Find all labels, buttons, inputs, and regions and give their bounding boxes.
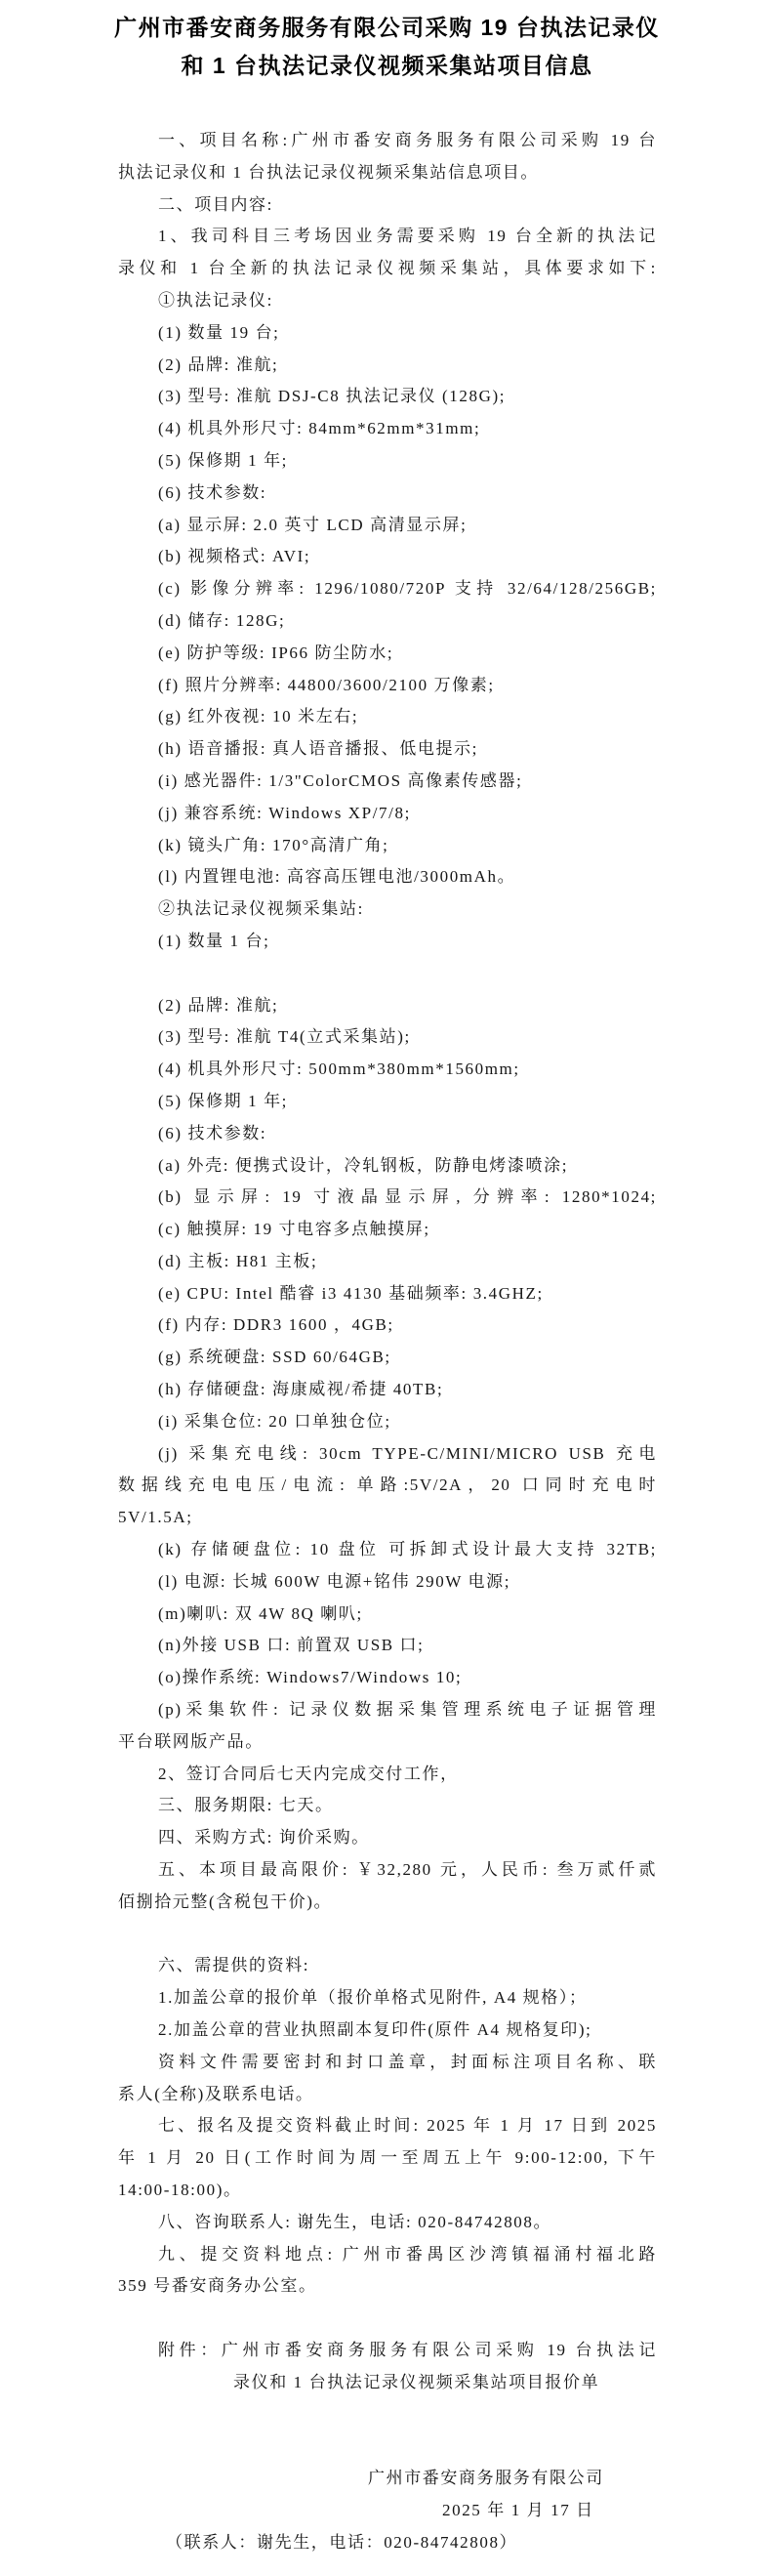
doc-line: (1) 数量 19 台; — [118, 317, 657, 350]
doc-line: 资料文件需要密封和封口盖章，封面标注项目名称、联 — [118, 2047, 657, 2079]
doc-line: (a) 显示屏: 2.0 英寸 LCD 高清显示屏; — [118, 510, 657, 542]
doc-line: 一、项目名称:广州市番安商务服务有限公司采购 19 台 — [118, 125, 657, 157]
doc-line: (l) 电源: 长城 600W 电源+铭伟 290W 电源; — [118, 1566, 657, 1599]
doc-line: (c) 触摸屏: 19 寸电容多点触摸屏; — [118, 1214, 657, 1246]
document-lines: 一、项目名称:广州市番安商务服务有限公司采购 19 台执法记录仪和 1 台执法记… — [118, 125, 657, 2559]
doc-line: 5V/1.5A; — [118, 1502, 657, 1534]
doc-line: (4) 机具外形尺寸: 84mm*62mm*31mm; — [118, 413, 657, 445]
doc-line: 执法记录仪和 1 台执法记录仪视频采集站信息项目。 — [118, 157, 657, 189]
doc-line: (3) 型号: 准航 DSJ-C8 执法记录仪 (128G); — [118, 381, 657, 413]
doc-line: (h) 存储硬盘: 海康威视/希捷 40TB; — [118, 1374, 657, 1406]
doc-line — [118, 2431, 657, 2463]
doc-line: (d) 储存: 128G; — [118, 605, 657, 638]
doc-line: (3) 型号: 准航 T4(立式采集站); — [118, 1021, 657, 1054]
doc-line: (p)采集软件: 记录仪数据采集管理系统电子证据管理 — [118, 1694, 657, 1726]
doc-line: (i) 感光器件: 1/3"ColorCMOS 高像素传感器; — [118, 766, 657, 798]
document-title-line-2: 和 1 台执法记录仪视频采集站项目信息 — [0, 47, 774, 85]
doc-line: (6) 技术参数: — [118, 1118, 657, 1150]
doc-line: (b) 视频格式: AVI; — [118, 541, 657, 573]
doc-line: 录仪和 1 台执法记录仪视频采集站项目报价单 — [118, 2367, 657, 2399]
doc-line — [118, 2399, 657, 2431]
doc-line: 广州市番安商务服务有限公司 — [118, 2463, 657, 2495]
doc-line: (g) 红外夜视: 10 米左右; — [118, 701, 657, 733]
doc-line: (f) 照片分辨率: 44800/3600/2100 万像素; — [118, 670, 657, 702]
doc-line: (l) 内置锂电池: 高容高压锂电池/3000mAh。 — [118, 861, 657, 893]
doc-line: 附件：广州市番安商务服务有限公司采购 19 台执法记 — [118, 2335, 657, 2367]
doc-line: 2025 年 1 月 17 日 — [118, 2495, 657, 2527]
doc-line: (k) 镜头广角: 170°高清广角; — [118, 830, 657, 862]
doc-line: (b) 显示屏: 19 寸液晶显示屏, 分辨率: 1280*1024; — [118, 1182, 657, 1214]
doc-line: 四、采购方式: 询价采购。 — [118, 1822, 657, 1854]
doc-line: (j) 兼容系统: Windows XP/7/8; — [118, 798, 657, 830]
doc-line: 系人(全称)及联系电话。 — [118, 2079, 657, 2111]
doc-line: 数据线充电电压/电流: 单路:5V/2A，20 口同时充电时 — [118, 1470, 657, 1502]
doc-line: ②执法记录仪视频采集站: — [118, 893, 657, 926]
doc-line: 九、提交资料地点: 广州市番禺区沙湾镇福涌村福北路 — [118, 2239, 657, 2271]
doc-line: ①执法记录仪: — [118, 285, 657, 317]
doc-line: (c) 影像分辨率: 1296/1080/720P 支持 32/64/128/2… — [118, 573, 657, 605]
doc-line: (n)外接 USB 口: 前置双 USB 口; — [118, 1630, 657, 1662]
doc-line: 二、项目内容: — [118, 189, 657, 222]
doc-line: 2、签订合同后七天内完成交付工作， — [118, 1759, 657, 1791]
doc-line: (h) 语音播报: 真人语音播报、低电提示; — [118, 733, 657, 766]
doc-line: (6) 技术参数: — [118, 478, 657, 510]
doc-line: 六、需提供的资料: — [118, 1950, 657, 1982]
doc-line: 1、我司科目三考场因业务需要采购 19 台全新的执法记 — [118, 221, 657, 253]
doc-line: (o)操作系统: Windows7/Windows 10; — [118, 1662, 657, 1694]
doc-line — [118, 1919, 657, 1951]
doc-line: 平台联网版产品。 — [118, 1726, 657, 1759]
doc-line: (4) 机具外形尺寸: 500mm*380mm*1560mm; — [118, 1054, 657, 1086]
doc-line — [118, 2303, 657, 2335]
doc-line: 359 号番安商务办公室。 — [118, 2270, 657, 2303]
doc-line: (g) 系统硬盘: SSD 60/64GB; — [118, 1342, 657, 1374]
doc-line — [118, 958, 657, 990]
doc-line: (5) 保修期 1 年; — [118, 1086, 657, 1118]
doc-line: (1) 数量 1 台; — [118, 926, 657, 958]
doc-line: (e) CPU: Intel 酷睿 i3 4130 基础频率: 3.4GHZ; — [118, 1278, 657, 1310]
doc-line: (5) 保修期 1 年; — [118, 445, 657, 478]
doc-line: (d) 主板: H81 主板; — [118, 1246, 657, 1278]
doc-line: (i) 采集仓位: 20 口单独仓位; — [118, 1406, 657, 1438]
doc-line: (k) 存储硬盘位: 10 盘位 可拆卸式设计最大支持 32TB; — [118, 1534, 657, 1566]
doc-line: (j) 采集充电线: 30cm TYPE-C/MINI/MICRO USB 充电 — [118, 1438, 657, 1471]
doc-line: (2) 品牌: 准航; — [118, 990, 657, 1022]
doc-line: 2.加盖公章的营业执照副本复印件(原件 A4 规格复印); — [118, 2015, 657, 2047]
doc-line: 三、服务期限: 七天。 — [118, 1790, 657, 1822]
document-page: 广州市番安商务服务有限公司采购 19 台执法记录仪 和 1 台执法记录仪视频采集… — [0, 0, 774, 2576]
doc-line: 八、咨询联系人: 谢先生，电话: 020-84742808。 — [118, 2207, 657, 2239]
doc-line: 七、报名及提交资料截止时间: 2025 年 1 月 17 日到 2025 — [118, 2110, 657, 2142]
doc-line: 14:00-18:00)。 — [118, 2175, 657, 2207]
doc-line: (e) 防护等级: IP66 防尘防水; — [118, 638, 657, 670]
doc-line: 录仪和 1 台全新的执法记录仪视频采集站，具体要求如下: — [118, 253, 657, 285]
doc-line: 年 1 月 20 日(工作时间为周一至周五上午 9:00-12:00, 下午 — [118, 2142, 657, 2175]
doc-line: (2) 品牌: 准航; — [118, 350, 657, 382]
doc-line: 1.加盖公章的报价单（报价单格式见附件, A4 规格）； — [118, 1982, 657, 2015]
doc-line: (a) 外壳: 便携式设计，冷轧钢板，防静电烤漆喷涂; — [118, 1150, 657, 1183]
doc-line: 佰捌拾元整(含税包干价)。 — [118, 1887, 657, 1919]
doc-line: 五、本项目最高限价: ￥32,280 元，人民币: 叁万贰仟贰 — [118, 1854, 657, 1887]
doc-line: (m)喇叭: 双 4W 8Q 喇叭; — [118, 1599, 657, 1631]
document-title-line-1: 广州市番安商务服务有限公司采购 19 台执法记录仪 — [0, 9, 774, 47]
doc-line: （联系人：谢先生，电话：020-84742808） — [118, 2527, 657, 2559]
doc-line: (f) 内存: DDR3 1600 ，4GB; — [118, 1309, 657, 1342]
document-title: 广州市番安商务服务有限公司采购 19 台执法记录仪 和 1 台执法记录仪视频采集… — [0, 9, 774, 85]
